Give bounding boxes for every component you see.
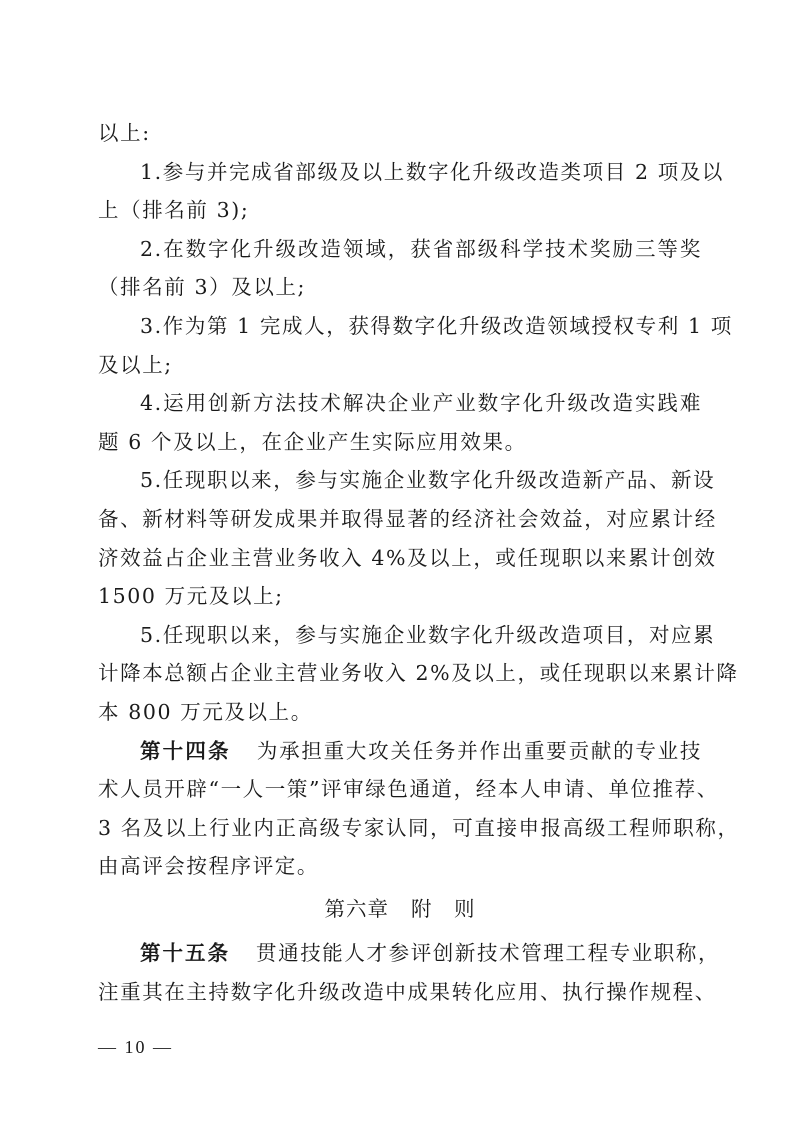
criterion-5b-line-2: 计降本总额占企业主营业务收入 2%及以上，或任现职以来累计降 — [98, 654, 702, 693]
article-14: 第十四条为承担重大攻关任务并作出重要贡献的专业技 术人员开辟“一人一策”评审绿色… — [98, 732, 702, 886]
criterion-1-line-2: 上（排名前 3); — [98, 191, 702, 230]
criterion-3-line-1: 3.作为第 1 完成人，获得数字化升级改造领域授权专利 1 项 — [98, 307, 702, 346]
criterion-5a-line-4: 1500 万元及以上; — [98, 577, 702, 616]
criterion-2-line-1: 2.在数字化升级改造领域，获省部级科学技术奖励三等奖 — [98, 230, 702, 269]
article-14-line-2: 术人员开辟“一人一策”评审绿色通道，经本人申请、单位推荐、 — [98, 770, 702, 809]
criterion-5a-line-1: 5.任现职以来，参与实施企业数字化升级改造新产品、新设 — [98, 461, 702, 500]
criterion-5b-line-3: 本 800 万元及以上。 — [98, 693, 702, 732]
chapter-number: 第六章 — [325, 897, 390, 921]
criterion-1-line-1: 1.参与并完成省部级及以上数字化升级改造类项目 2 项及以 — [98, 153, 702, 192]
criterion-5b-line-1: 5.任现职以来，参与实施企业数字化升级改造项目，对应累 — [98, 616, 702, 655]
article-15-heading: 第十五条 — [140, 941, 230, 965]
document-page: 以上: 1.参与并完成省部级及以上数字化升级改造类项目 2 项及以 上（排名前 … — [98, 114, 702, 1012]
chapter-heading: 第六章附 则 — [98, 890, 702, 929]
text-line: 以上: — [98, 114, 702, 153]
article-15-line-2: 注重其在主持数字化升级改造中成果转化应用、执行操作规程、 — [98, 973, 702, 1012]
chapter-title: 附 则 — [411, 897, 476, 921]
criterion-2-line-2: （排名前 3）及以上; — [98, 268, 702, 307]
article-14-text: 为承担重大攻关任务并作出重要贡献的专业技 — [257, 739, 702, 763]
article-14-line-1: 第十四条为承担重大攻关任务并作出重要贡献的专业技 — [98, 732, 702, 771]
criterion-3-line-2: 及以上; — [98, 346, 702, 385]
article-14-heading: 第十四条 — [140, 739, 231, 763]
criteria-list: 以上: 1.参与并完成省部级及以上数字化升级改造类项目 2 项及以 上（排名前 … — [98, 114, 702, 732]
article-15-text: 贯通技能人才参评创新技术管理工程专业职称， — [256, 941, 720, 965]
article-14-line-4: 由高评会按程序评定。 — [98, 847, 702, 886]
criterion-4-line-1: 4.运用创新方法技术解决企业产业数字化升级改造实践难 — [98, 384, 702, 423]
criterion-5a-line-2: 备、新材料等研发成果并取得显著的经济社会效益，对应累计经 — [98, 500, 702, 539]
article-14-line-3: 3 名及以上行业内正高级专家认同，可直接申报高级工程师职称， — [98, 809, 702, 848]
article-15: 第十五条贯通技能人才参评创新技术管理工程专业职称， 注重其在主持数字化升级改造中… — [98, 934, 702, 1011]
article-15-line-1: 第十五条贯通技能人才参评创新技术管理工程专业职称， — [98, 934, 702, 973]
page-number: — 10 — — [98, 1037, 173, 1058]
criterion-5a-line-3: 济效益占企业主营业务收入 4%及以上，或任现职以来累计创效 — [98, 539, 702, 578]
criterion-4-line-2: 题 6 个及以上，在企业产生实际应用效果。 — [98, 423, 702, 462]
